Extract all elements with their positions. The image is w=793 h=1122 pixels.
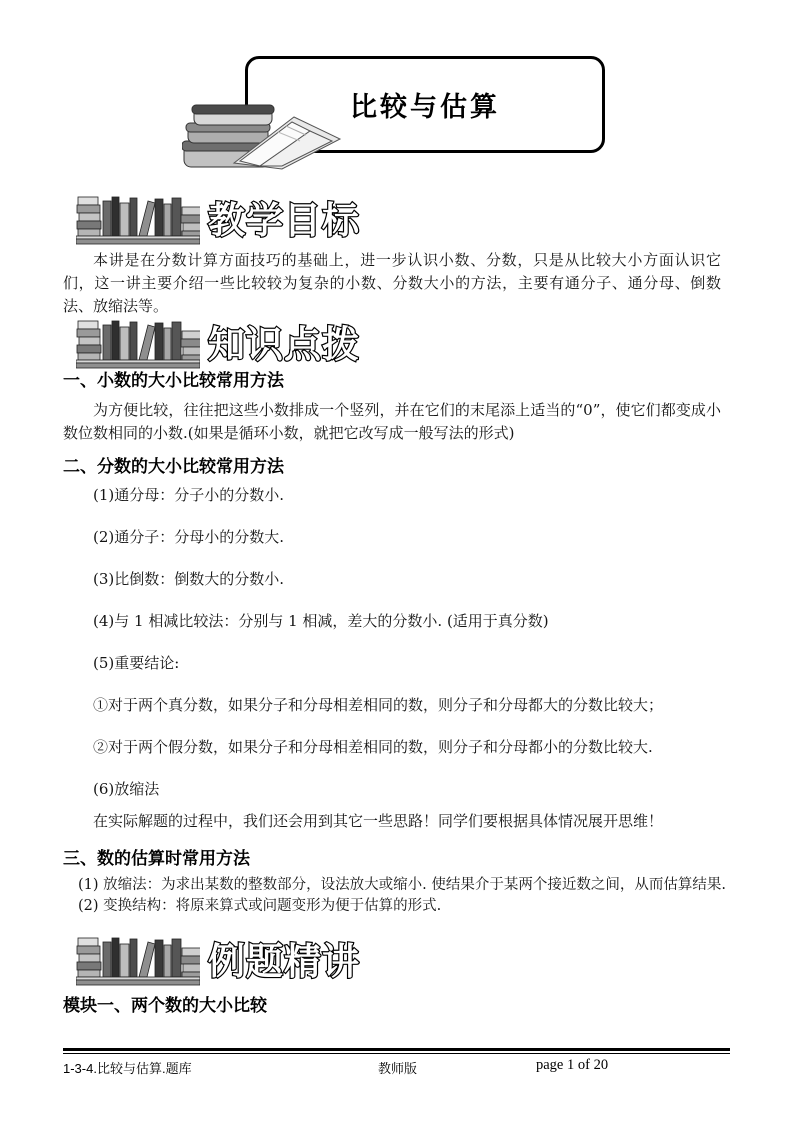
- books-stack-icon: [182, 103, 343, 170]
- footer-document-title: 1-3-4.比较与估算.题库: [63, 1058, 192, 1077]
- section-title-goals: 教学目标: [206, 193, 466, 245]
- svg-text:教学目标: 教学目标: [208, 200, 360, 241]
- footer-page-number: page 1 of 20: [536, 1057, 608, 1074]
- list-item: (6)放缩法: [93, 781, 723, 797]
- section-header-examples: 例题精讲: [76, 930, 496, 988]
- heading-estimation-methods: 三、数的估算时常用方法: [63, 844, 250, 869]
- section-title-examples: 例题精讲: [206, 934, 466, 986]
- section-header-knowledge: 知识点拨: [76, 313, 496, 371]
- heading-module-one: 模块一、两个数的大小比较: [63, 991, 267, 1016]
- list-item: (3)比倒数：倒数大的分数小.: [93, 571, 723, 587]
- list-item: ①对于两个真分数，如果分子和分母相差相同的数，则分子和分母都大的分数比较大；: [93, 697, 723, 713]
- bookshelf-icon: [76, 930, 200, 988]
- page-title: 比较与估算: [350, 85, 500, 124]
- svg-text:例题精讲: 例题精讲: [208, 941, 360, 982]
- list-item: (2)通分子：分母小的分数大.: [93, 529, 723, 545]
- list-item: ②对于两个假分数，如果分子和分母相差相同的数，则分子和分母都小的分数比较大.: [93, 739, 723, 755]
- heading-decimal-compare: 一、小数的大小比较常用方法: [63, 366, 284, 391]
- section-title-knowledge: 知识点拨: [206, 317, 466, 369]
- intro-paragraph: 本讲是在分数计算方面技巧的基础上，进一步认识小数、分数，只是从比较大小方面认识它…: [63, 249, 721, 318]
- decimal-compare-paragraph: 为方便比较，往往把这些小数排成一个竖列，并在它们的末尾添上适当的“0”，使它们都…: [63, 399, 721, 445]
- section-header-goals: 教学目标: [76, 189, 496, 247]
- list-item: (2) 变换结构：将原来算式或问题变形为便于估算的形式.: [78, 896, 728, 917]
- heading-fraction-compare: 二、分数的大小比较常用方法: [63, 452, 284, 477]
- list-item: (1) 放缩法：为求出某数的整数部分，设法放大或缩小. 使结果介于某两个接近数之…: [78, 875, 728, 896]
- svg-text:知识点拨: 知识点拨: [208, 324, 360, 365]
- list-item: (1)通分母：分子小的分数小.: [93, 487, 723, 503]
- list-item: (5)重要结论:: [93, 655, 723, 671]
- footer-edition-label: 教师版: [378, 1058, 417, 1077]
- list-item: (4)与 1 相减比较法：分别与 1 相减，差大的分数小. (适用于真分数): [93, 613, 723, 629]
- bookshelf-icon: [76, 313, 200, 371]
- document-page: 比较与估算 教学目标 本讲是在分数计算方面技巧的基础上，进一步认识小数、分数，只…: [0, 0, 793, 1122]
- fraction-methods-list: (1)通分母：分子小的分数小. (2)通分子：分母小的分数大. (3)比倒数：倒…: [93, 487, 723, 823]
- note-paragraph: 在实际解题的过程中，我们还会用到其它一些思路！同学们要根据具体情况展开思维！: [63, 810, 721, 833]
- bookshelf-icon: [76, 189, 200, 247]
- estimation-methods-list: (1) 放缩法：为求出某数的整数部分，设法放大或缩小. 使结果介于某两个接近数之…: [78, 875, 728, 917]
- footer-divider: [63, 1048, 730, 1054]
